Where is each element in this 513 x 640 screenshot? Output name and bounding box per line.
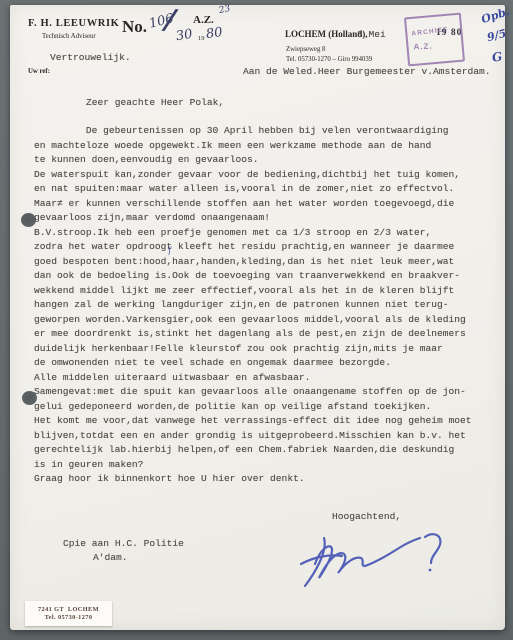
typed-date: 8 Mei bbox=[357, 29, 386, 40]
body-line: te kunnen doen,eenvoudig en gevaarloos. bbox=[34, 153, 472, 168]
no-label: No. bbox=[122, 17, 147, 37]
salutation: Zeer geachte Heer Polak, bbox=[86, 97, 224, 108]
sticker-tel: Tel. 05730-1270 bbox=[25, 614, 112, 622]
handwritten-year: 80 bbox=[205, 25, 223, 42]
body-line: duidelijk herkenbaar!Felle kleurstof zou… bbox=[34, 342, 472, 357]
body-line: en nat spuiten:maar water alleen is,voor… bbox=[34, 182, 472, 197]
archive-stamp-code: A.Z. bbox=[413, 42, 432, 52]
body-line: Het komt me voor,dat vanwege het verrass… bbox=[34, 414, 472, 429]
body-line: de omwonenden niet te veel schade en ong… bbox=[34, 356, 472, 371]
body-line: blijven,totdat een en ander grondig is u… bbox=[34, 429, 472, 444]
body-line: B.V.stroop.Ik heb een proefje genomen me… bbox=[34, 226, 472, 241]
body-line: hangen zal de werking langduriger zijn,e… bbox=[34, 298, 472, 313]
scanned-letter: F. H. LEEUWRIK Technisch Adviseur Vertro… bbox=[0, 0, 513, 640]
body-line: Samengevat:met die spuit kan gevaarloos … bbox=[34, 385, 472, 400]
tel-giro-line: Tel. 05730-1270 – Giro 994039 bbox=[286, 56, 372, 63]
body-line: gevaarloos zijn,maar verdomd onaangenaam… bbox=[34, 211, 472, 226]
archive-stamp: ARCHIEF A.Z. bbox=[404, 13, 465, 67]
body-line: gerechtelijk lab.hierbij helpen,of een C… bbox=[34, 443, 472, 458]
body-line: Alle middelen uiteraard uitwasbaar en af… bbox=[34, 371, 472, 386]
sender-title: Technisch Adviseur bbox=[42, 33, 96, 40]
street-line: Zwiepseweg 8 bbox=[286, 46, 325, 53]
cc-line-1: Cpie aan H.C. Politie bbox=[63, 538, 184, 549]
body-line: Graag hoor ik binnenkort hoe U hier over… bbox=[34, 472, 472, 487]
handwritten-number-part2: 30 bbox=[175, 27, 194, 45]
body-line: De gebeurtenissen op 30 April hebben bij… bbox=[34, 124, 472, 139]
archive-stamp-text: ARCHIEF bbox=[411, 26, 449, 37]
recipient-line: Aan de Weled.Heer Burgemeester v.Amsterd… bbox=[243, 66, 491, 77]
body-line: goed bespoten bent:hood,haar,handen,kled… bbox=[34, 255, 472, 270]
cc-line-2: A'dam. bbox=[93, 552, 128, 563]
printed-year-prefix: 19 bbox=[198, 35, 205, 42]
dept-code: A.Z. bbox=[193, 14, 214, 26]
confidential-label: Vertrouwelijk. bbox=[50, 52, 131, 63]
body-line: gelui gedeponeerd worden,de politie kan … bbox=[34, 400, 472, 415]
sender-name: F. H. LEEUWRIK bbox=[28, 18, 119, 29]
city-line: LOCHEM (Holland), bbox=[285, 29, 368, 39]
body-line: Maar≠ er kunnen verschillende stoffen aa… bbox=[34, 197, 472, 212]
sticker-postcode: 7241 GT LOCHEM bbox=[25, 606, 112, 614]
body-line: De waterspuit kan,zonder gevaar voor de … bbox=[34, 168, 472, 183]
body-line: wekkend middel lijkt me zeer effectief,v… bbox=[34, 284, 472, 299]
body-line: geworpen worden.Varkensgier,ook een geva… bbox=[34, 313, 472, 328]
letter-body: De gebeurtenissen op 30 April hebben bij… bbox=[34, 124, 472, 487]
address-sticker: 7241 GT LOCHEM Tel. 05730-1270 bbox=[25, 601, 112, 626]
pen-note-3: G bbox=[491, 49, 504, 65]
valediction: Hoogachtend, bbox=[332, 511, 401, 522]
body-line: zodra het water opdroogt kleeft het resi… bbox=[34, 240, 472, 255]
body-line: dan ook de bedoeling is.Ook de toevoegin… bbox=[34, 269, 472, 284]
body-line: er mee doordrenkt is,stinkt het dagenlan… bbox=[34, 327, 472, 342]
your-ref-label: Uw ref: bbox=[28, 68, 50, 75]
body-line: en machteloze woede opgewekt.Ik meen een… bbox=[34, 139, 472, 154]
signature bbox=[298, 532, 450, 610]
body-line: is in geuren maken? bbox=[34, 458, 472, 473]
